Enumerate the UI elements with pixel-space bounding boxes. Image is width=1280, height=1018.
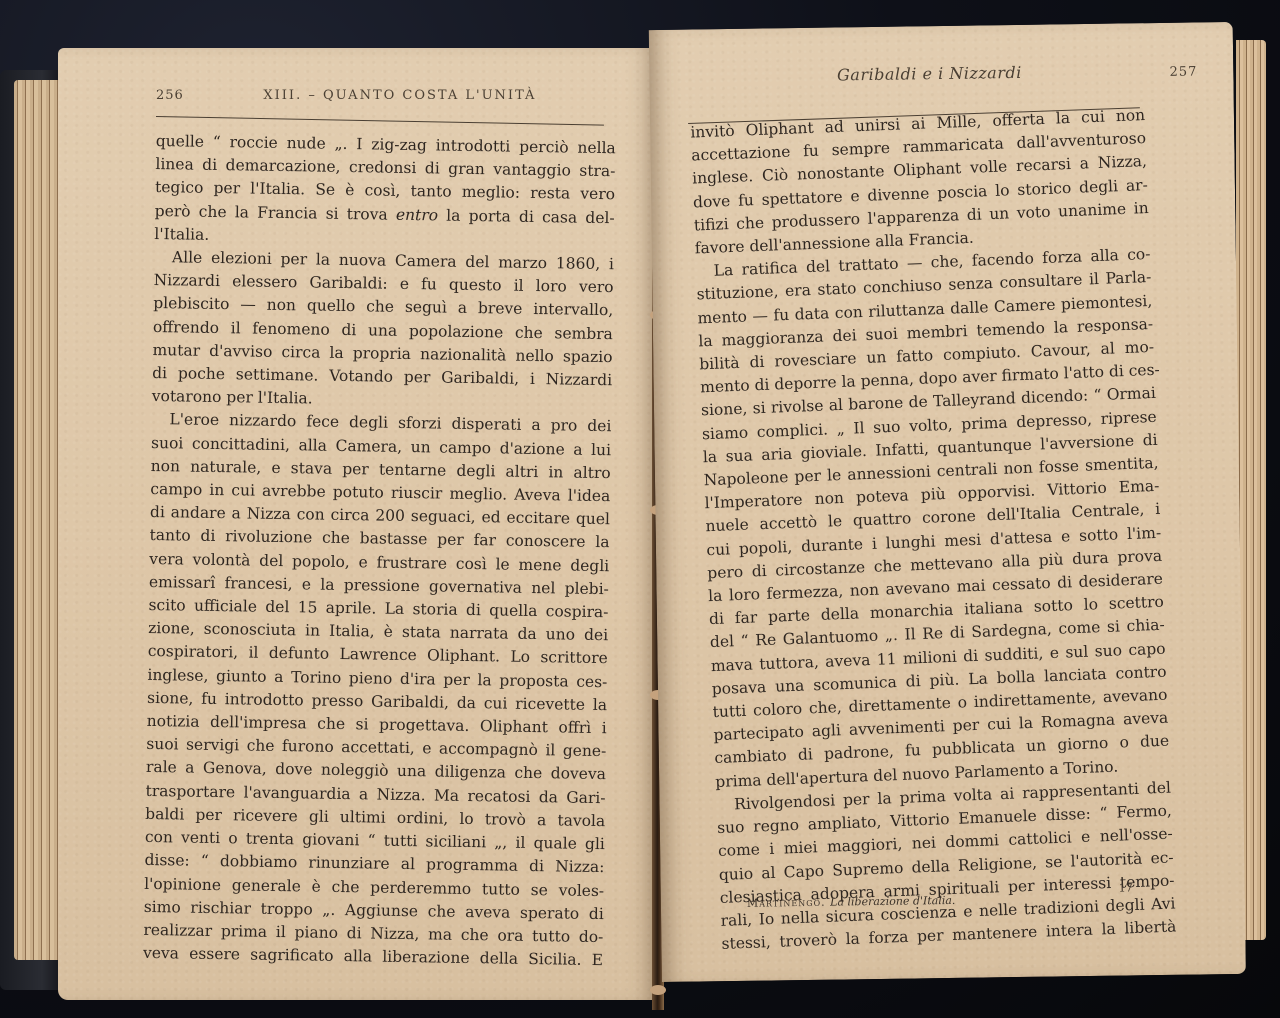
page-number-right: 257 [1169,64,1197,79]
right-page-text: invitò Oliphant ad unirsi ai Mille, offe… [690,104,1177,956]
signature-title: La liberazione d'Italia. [830,894,955,909]
left-page-text: quelle “ roccie nude „. I zig-zag introd… [143,130,616,972]
section-title: Garibaldi e i Nizzardi [689,61,1169,87]
running-head-left: 256 XIII. – QUANTO COSTA L'UNITÀ [58,88,656,103]
header-rule-left [156,116,604,126]
left-page: 256 XIII. – QUANTO COSTA L'UNITÀ quelle … [58,48,656,1000]
binding-stitch [650,985,666,995]
chapter-title: XIII. – QUANTO COSTA L'UNITÀ [184,88,616,103]
running-head-right: Garibaldi e i Nizzardi 257 [649,60,1233,87]
signature-sheet-number: 17 [1119,881,1133,894]
right-page: Garibaldi e i Nizzardi 257 invitò Olipha… [649,22,1246,982]
page-stack-left [14,80,62,960]
page-number-left: 256 [156,88,184,103]
signature-author: Martinengo. [747,896,826,910]
